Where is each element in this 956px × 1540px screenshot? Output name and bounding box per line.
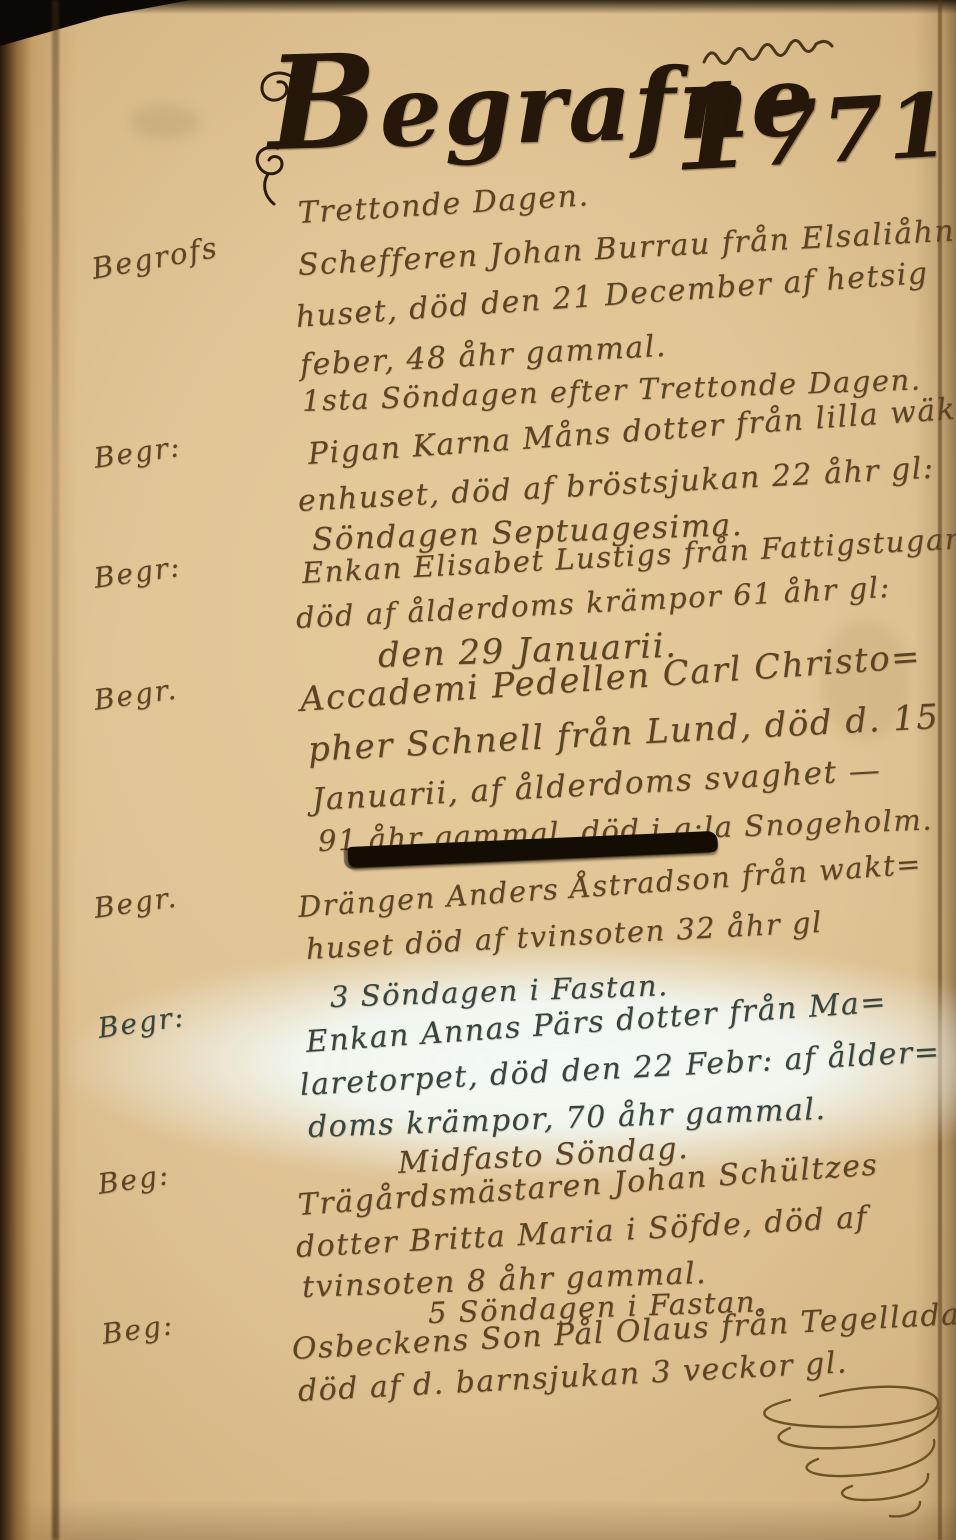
year-label: 1771. (668, 46, 956, 198)
page-fold-line (52, 0, 59, 1540)
pen-flourish (728, 1378, 953, 1533)
paper-stain (130, 105, 200, 139)
